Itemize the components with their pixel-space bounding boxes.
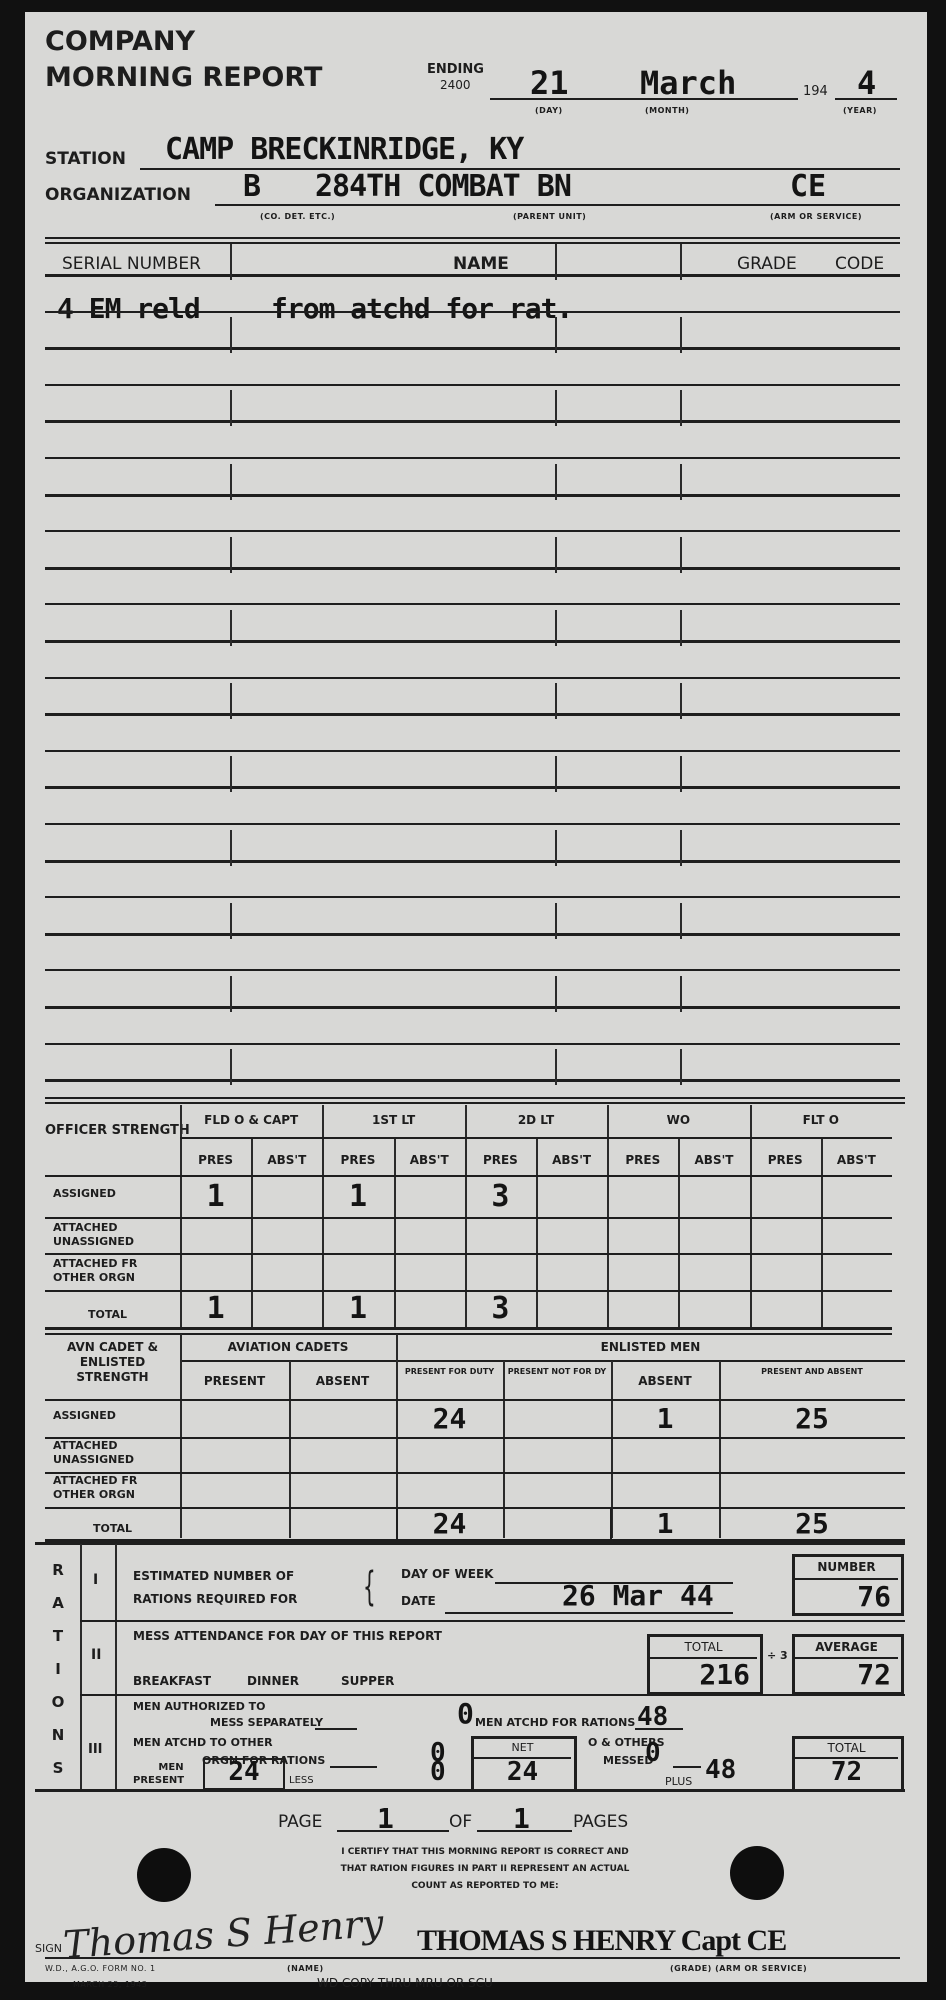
officer-cell [750,1253,821,1290]
divider [45,1097,905,1099]
officer-cell [678,1217,749,1253]
officer-cell [394,1253,465,1290]
column-divider [680,903,682,939]
divider [35,1789,905,1792]
page-label: PAGE [278,1812,322,1832]
officer-cell [394,1217,465,1253]
divider [45,1333,892,1335]
divider [35,1542,905,1545]
side-letter: N [51,1719,65,1752]
column-divider [230,317,232,353]
enlisted-row-label: ATTACHED UNASSIGNED [53,1439,178,1467]
certify-line: I CERTIFY THAT THIS MORNING REPORT IS CO… [255,1844,715,1861]
form-number: W.D., A.G.O. FORM NO. 1 [45,1964,156,1973]
name-caption: (NAME) [287,1964,324,1973]
column-divider [555,976,557,1012]
column-divider [555,683,557,719]
page-value: 1 [377,1802,394,1835]
organization-label: ORGANIZATION [45,185,191,205]
plus-label: PLUS [665,1775,692,1788]
side-letter: I [51,1653,65,1686]
certify-line: THAT RATION FIGURES IN PART II REPRESENT… [255,1861,715,1878]
less-value: 0 [430,1757,446,1787]
ruled-line [45,969,900,971]
enlisted-cell [611,1437,719,1472]
form-title-line1: COMPANY [45,26,195,57]
part1-label2: RATIONS REQUIRED FOR [133,1592,297,1606]
officer-cell [322,1217,393,1253]
column-divider [680,244,682,280]
grade-caption: (GRADE) (ARM OR SERVICE) [670,1964,807,1973]
pages-value: 1 [513,1802,530,1835]
column-divider [230,903,232,939]
atchd-rations-label: MEN ATCHD FOR RATIONS [475,1716,635,1729]
officer-cell [607,1175,678,1217]
station-value: CAMP BRECKINRIDGE, KY [165,132,523,167]
officer-cell [607,1217,678,1253]
officer-cell: 1 [322,1290,393,1327]
column-divider [555,537,557,573]
officer-subheader: ABS'T [821,1153,892,1167]
organization-arm: CE [790,169,826,204]
ruled-line [45,457,900,459]
column-divider [555,244,557,280]
officer-cell [821,1290,892,1327]
column-divider [230,683,232,719]
officer-cell [821,1217,892,1253]
enlisted-cell [396,1472,503,1507]
part1-numeral: I [93,1572,98,1588]
column-divider [680,976,682,1012]
divider [45,1327,892,1330]
officer-cell [180,1217,251,1253]
signature-label: SIGN [35,1942,62,1955]
mess-total-value: 216 [650,1658,750,1691]
officer-subheader: ABS'T [251,1153,322,1167]
enlisted-col-header: PRESENT FOR DUTY [396,1364,503,1380]
column-divider [230,976,232,1012]
officer-cell [821,1253,892,1290]
divider [45,242,900,244]
officer-cell [678,1175,749,1217]
ruled-line [45,713,900,716]
report-month: March [640,64,736,102]
officer-row-label: ASSIGNED [53,1187,178,1201]
column-divider [555,317,557,353]
column-divider [555,903,557,939]
less-label: LESS [289,1775,314,1786]
enlisted-col-header: ABSENT [289,1374,396,1388]
enlisted-cell [719,1437,905,1472]
enlisted-cell [503,1437,611,1472]
mess-total-label: TOTAL [650,1640,757,1654]
officer-cell [465,1253,536,1290]
officer-cell: 3 [465,1175,536,1217]
pages-label: PAGES [573,1812,628,1832]
side-letter: A [51,1587,65,1620]
date-label: DATE [401,1594,436,1608]
column-divider [680,317,682,353]
col-code: CODE [835,254,884,274]
officer-cell [394,1290,465,1327]
arm-caption: (ARM OR SERVICE) [770,212,862,221]
column-divider [680,390,682,426]
officer-cell [536,1253,607,1290]
ruled-line [45,860,900,863]
column-divider [555,830,557,866]
officer-cell [821,1175,892,1217]
officer-cell [180,1253,251,1290]
ruled-line [45,786,900,789]
officer-cell [536,1217,607,1253]
column-divider [680,1049,682,1085]
officer-cell [678,1290,749,1327]
dinner-label: DINNER [247,1674,299,1688]
officer-subheader: ABS'T [394,1153,465,1167]
net-label: NET [474,1741,571,1754]
auth-sep-value: 0 [457,1697,474,1730]
plus-value: 48 [705,1755,736,1785]
officer-cell [678,1253,749,1290]
certification-text: I CERTIFY THAT THIS MORNING REPORT IS CO… [255,1844,715,1895]
date-line [445,1612,733,1614]
atchd-rations-value: 48 [637,1702,668,1732]
total-highlight-box [396,1507,612,1541]
enlisted-cell [719,1472,905,1507]
signed-name: THOMAS S HENRY Capt CE [417,1924,786,1958]
day-of-week-label: DAY OF WEEK [401,1567,493,1581]
enlisted-cell: 1 [611,1399,719,1437]
officer-row-label: TOTAL [45,1308,170,1322]
men-present-label2: PRESENT [133,1775,184,1786]
year-prefix: 194 [803,84,828,99]
atchd-other-label1: MEN ATCHD TO OTHER [133,1736,273,1749]
column-divider [230,1049,232,1085]
enlisted-men-header: ENLISTED MEN [396,1340,905,1354]
column-divider [680,610,682,646]
officer-cell [607,1290,678,1327]
part3-numeral: III [88,1742,103,1757]
entry-name: from atchd for rat. [271,292,572,325]
enlisted-col-header: PRESENT [180,1374,289,1388]
day-caption: (DAY) [535,106,563,115]
ruled-line [45,494,900,497]
year-caption: (YEAR) [843,106,877,115]
officer-group-header: 2D LT [465,1113,607,1127]
supper-label: SUPPER [341,1674,394,1688]
of-label: OF [449,1812,472,1832]
column-divider [680,537,682,573]
organization-parent-unit: 284TH COMBAT BN [315,169,571,204]
ruled-line [45,1079,900,1082]
officer-cell [536,1290,607,1327]
enlisted-col-header: PRESENT NOT FOR DY [503,1364,611,1380]
enlisted-cell: 1 [611,1507,719,1539]
column-divider [230,610,232,646]
officer-group-header: FLD O & CAPT [180,1113,322,1127]
divider [45,1102,905,1104]
organization-underline [215,204,900,206]
side-letter: R [51,1554,65,1587]
column-divider [680,756,682,792]
officer-cell [251,1290,322,1327]
auth-sep-label1: MEN AUTHORIZED TO [133,1700,266,1713]
divider [80,1620,905,1622]
enlisted-col-header: PRESENT AND ABSENT [719,1364,905,1380]
officer-cell: 1 [180,1175,251,1217]
rations-total-label: TOTAL [795,1741,898,1755]
report-year: 4 [857,64,876,102]
station-label: STATION [45,149,126,169]
enlisted-cell [503,1472,611,1507]
divide-by-three: ÷ 3 [767,1648,781,1664]
side-letter: O [51,1686,65,1719]
enlisted-cell [180,1472,289,1507]
column-divider [680,830,682,866]
officer-row-label: ATTACHED UNASSIGNED [53,1221,178,1249]
ruled-line [45,640,900,643]
officers-messed-value: 0 [645,1738,661,1768]
officer-cell [465,1217,536,1253]
ruled-line [45,567,900,570]
atchd-other-line [330,1766,377,1768]
officer-subheader: ABS'T [678,1153,749,1167]
certify-line: COUNT AS REPORTED TO ME: [255,1878,715,1895]
officer-cell [750,1290,821,1327]
ending-time: 2400 [440,78,471,92]
part1-label1: ESTIMATED NUMBER OF [133,1569,294,1583]
officer-group-header: FLT O [750,1113,892,1127]
column-divider [230,756,232,792]
enlisted-cell [289,1507,396,1539]
officer-subheader: PRES [322,1153,393,1167]
enlisted-cell [611,1472,719,1507]
enlisted-cell [180,1399,289,1437]
organization-company: B [243,169,261,204]
divider [180,1137,892,1139]
officer-cell [251,1253,322,1290]
officers-messed-line [673,1766,701,1768]
ruled-line [45,896,900,898]
rations-total-value: 72 [795,1757,898,1787]
brace-icon: { [363,1564,376,1610]
ruled-line [45,311,900,313]
auth-sep-line [315,1728,357,1730]
col-serial-number: SERIAL NUMBER [62,254,201,274]
officer-cell [536,1175,607,1217]
officer-cell [607,1253,678,1290]
officer-subheader: PRES [180,1153,251,1167]
ruled-line [45,933,900,936]
breakfast-label: BREAKFAST [133,1674,211,1688]
officer-cell: 1 [322,1175,393,1217]
number-label: NUMBER [795,1560,898,1574]
ruled-line [45,1006,900,1009]
ruled-line [45,603,900,605]
col-grade: GRADE [737,254,797,274]
form-date: MARCH 25, 1943 [73,1980,147,1989]
rations-side-label: R A T I O N S [51,1554,65,1785]
officer-cell [251,1175,322,1217]
form-title-line2: MORNING REPORT [45,62,322,93]
ruled-line [45,384,900,386]
ruled-line [45,677,900,679]
ruled-line [45,530,900,532]
ruled-line [45,347,900,350]
column-divider [680,683,682,719]
officer-cell [322,1253,393,1290]
men-present-value: 24 [205,1757,283,1787]
number-value: 76 [795,1580,891,1613]
side-letter: T [51,1620,65,1653]
column-divider [555,464,557,500]
ruled-line [45,274,900,277]
officer-subheader: PRES [750,1153,821,1167]
punch-hole-left [137,1848,191,1902]
entry-serial: 4 EM reld [57,292,200,325]
month-caption: (MONTH) [645,106,689,115]
enlisted-row-label: ATTACHED FR OTHER ORGN [53,1474,178,1502]
column-divider [555,610,557,646]
officer-subheader: PRES [607,1153,678,1167]
net-value: 24 [474,1757,571,1787]
mess-attendance-title: MESS ATTENDANCE FOR DAY OF THIS REPORT [133,1629,442,1643]
officer-row-label: ATTACHED FR OTHER ORGN [53,1257,178,1285]
officer-cell: 1 [180,1290,251,1327]
side-letter: S [51,1752,65,1785]
report-day: 21 [530,64,569,102]
enlisted-cell [503,1399,611,1437]
men-present-label1: MEN [151,1762,191,1773]
column-divider [680,464,682,500]
enlisted-cell: 25 [719,1399,905,1437]
officer-strength-title: OFFICER STRENGTH [45,1123,180,1139]
officer-cell [251,1217,322,1253]
ruled-line [45,823,900,825]
column-divider [555,1049,557,1085]
officer-cell [750,1175,821,1217]
enlisted-cell [396,1437,503,1472]
ruled-line [45,1043,900,1045]
parent-unit-caption: (PARENT UNIT) [513,212,586,221]
officer-group-header: WO [607,1113,749,1127]
officer-cell [394,1175,465,1217]
enlisted-row-label: ASSIGNED [53,1409,178,1423]
ruled-line [45,420,900,423]
divider [45,237,900,239]
average-value: 72 [795,1658,891,1691]
punch-hole-right [730,1846,784,1900]
company-caption: (CO. DET. ETC.) [260,212,335,221]
ration-date-value: 26 Mar 44 [562,1579,714,1612]
enlisted-cell [289,1437,396,1472]
enlisted-strength-title: AVN CADET & ENLISTED STRENGTH [45,1340,180,1385]
enlisted-col-header: ABSENT [611,1374,719,1388]
officer-group-header: 1ST LT [322,1113,464,1127]
enlisted-cell [289,1399,396,1437]
officer-subheader: PRES [465,1153,536,1167]
ruled-line [45,750,900,752]
col-name: NAME [453,254,509,274]
divider [80,1694,905,1696]
enlisted-cell [180,1507,289,1539]
officer-cell: 3 [465,1290,536,1327]
part2-numeral: II [91,1647,101,1663]
ending-label: ENDING [427,62,484,77]
column-divider [230,464,232,500]
morning-report-form: COMPANY MORNING REPORT ENDING 2400 21 Ma… [25,12,927,1982]
divider [80,1544,82,1789]
column-divider [230,244,232,280]
enlisted-row-label: TOTAL [45,1522,180,1536]
column-divider [230,390,232,426]
enlisted-cell [180,1437,289,1472]
enlisted-cell: 25 [719,1507,905,1539]
column-divider [555,756,557,792]
copy-note: WD COPY THRU MRU OR SCU [317,1976,493,1990]
divider [115,1544,117,1789]
column-divider [555,390,557,426]
column-divider [230,537,232,573]
officer-subheader: ABS'T [536,1153,607,1167]
officer-cell [750,1217,821,1253]
enlisted-cell [289,1472,396,1507]
enlisted-cell: 24 [396,1399,503,1437]
aviation-cadets-header: AVIATION CADETS [180,1340,396,1354]
column-divider [230,830,232,866]
average-label: AVERAGE [795,1640,898,1654]
auth-sep-label2: MESS SEPARATELY [210,1716,323,1729]
